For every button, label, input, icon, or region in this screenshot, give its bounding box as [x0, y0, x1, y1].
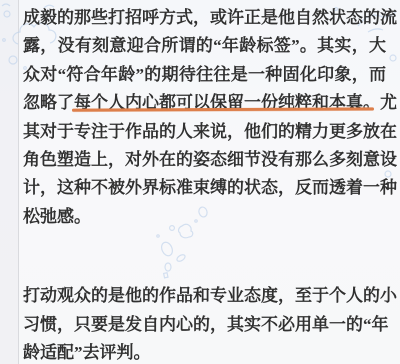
- text-line: 其对于专注于作品的人来说，他们的精力更多放在: [23, 118, 386, 146]
- text-line: 露，没有刻意迎合所谓的“年龄标签”。其实，大: [23, 32, 386, 60]
- paragraph-1: 成毅的那些打招呼方式，或许正是他自然状态的流 露，没有刻意迎合所谓的“年龄标签”…: [23, 4, 386, 231]
- text-line: 龄适配”去评判。: [23, 339, 386, 364]
- page-margin-strip: [0, 0, 18, 364]
- text-line: 松弛感。: [23, 203, 386, 231]
- text-line: 成毅的那些打招呼方式，或许正是他自然状态的流: [23, 4, 386, 32]
- text-line: 习惯，只要是发自内心的，其实不必用单一的“年: [23, 311, 386, 339]
- text-line: 角色塑造上，对外在的姿态细节没有那么多刻意设: [23, 146, 386, 174]
- text-line-with-highlight: 忽略了每个人内心都可以保留一份纯粹和本真。尤: [23, 89, 386, 117]
- text-line: 计，这种不被外界标准束缚的状态，反而透着一种: [23, 174, 386, 202]
- text-line: 众对“符合年龄”的期待往往是一种固化印象，而: [23, 61, 386, 89]
- text-line: 打动观众的是他的作品和专业态度，至于个人的小: [23, 282, 386, 310]
- left-vertical-rule: [18, 0, 19, 364]
- text-segment: 忽略了: [23, 93, 74, 112]
- article-text: 成毅的那些打招呼方式，或许正是他自然状态的流 露，没有刻意迎合所谓的“年龄标签”…: [23, 0, 386, 364]
- paragraph-2: 打动观众的是他的作品和专业态度，至于个人的小 习惯，只要是发自内心的，其实不必用…: [23, 282, 386, 364]
- text-segment: 尤: [380, 93, 397, 112]
